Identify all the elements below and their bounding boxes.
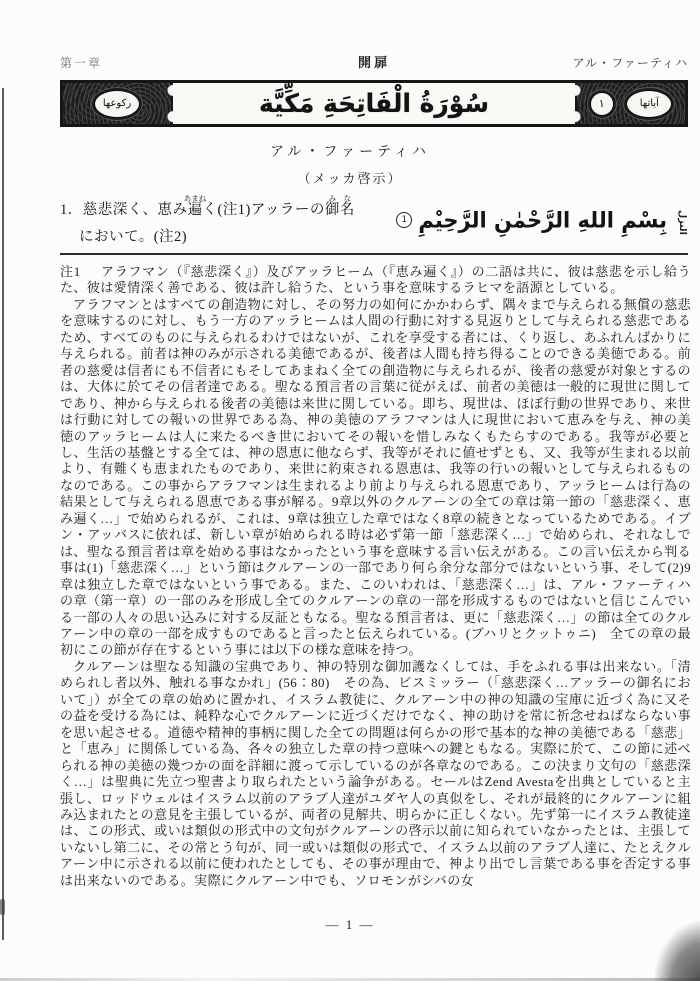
verse-text: く(注1)アッラーの (202, 202, 324, 218)
note-1-label: 注1 (60, 264, 81, 279)
verse-1-line-1: 1．慈悲深く、恵み遍あまねく(注1)アッラーの御名みな (60, 202, 355, 218)
scan-edge-line (2, 88, 4, 940)
ruby-amane: 遍あまね (187, 202, 202, 218)
sura-title-japanese: アル・ファーティハ (0, 141, 700, 161)
chapter-name-label: アル・ファーティハ (479, 54, 688, 71)
bismillah-row: 1 بِسْمِ اللهِ الرَّحْمٰنِ الرَّحِيْمِ (396, 208, 667, 232)
commentary-block: 注1アラフマン（『慈悲深く』）及びアッラヒーム（『恵み遍く』）の二語は共に、彼は… (60, 264, 691, 889)
ruby-mina: 御名みな (325, 202, 355, 218)
note-1-paragraph-3: クルアーンは聖なる知識の宝典であり、神の特別な御加護なくしては、手をふれる事は出… (60, 659, 691, 889)
scan-mark (0, 899, 5, 915)
sura-number-circle: ١ (590, 92, 614, 116)
ruby-reading: みな (325, 194, 355, 203)
chapter-title-label: 開扉 (269, 52, 478, 71)
note-1-text: アラフマン（『慈悲深く』）及びアッラヒーム（『恵み遍く』）の二語は共に、彼は慈悲… (60, 264, 691, 295)
running-header: 第一章 開扉 アル・ファーティハ (60, 52, 688, 71)
divider-rule (60, 253, 688, 255)
margin-juz-marker: النزل (677, 210, 688, 235)
ruby-reading: あまね (184, 194, 207, 203)
bismillah-arabic: بِسْمِ اللهِ الرَّحْمٰنِ الرَّحِيْمِ (418, 207, 667, 232)
ruku-medallion: ركوعها (94, 90, 140, 118)
note-1-paragraph: 注1アラフマン（『慈悲深く』）及びアッラヒーム（『恵み遍く』）の二語は共に、彼は… (60, 264, 691, 297)
scanned-page: 第一章 開扉 アル・ファーティハ ركوعها سُوْرَةُ الْفَات… (0, 0, 700, 981)
chapter-number-label: 第一章 (60, 54, 269, 71)
banner-center: سُوْرَةُ الْفَاتِحَةِ مَكِّيَّة (173, 83, 575, 124)
verse-number-circle: 1 (396, 212, 412, 228)
page-number: — 1 — (0, 917, 700, 933)
revelation-place-label: （メッカ啓示） (0, 168, 700, 187)
verse-text: 1．慈悲深く、恵み (60, 202, 187, 218)
ruby-base: 御名 (325, 202, 355, 218)
verse-1-arabic-block: 1 بِسْمِ اللهِ الرَّحْمٰنِ الرَّحِيْمِ ا… (396, 194, 688, 251)
note-1-paragraph-2: アラフマンとはすべての創造物に対し、その努力の如何にかかわらず、隅々まで与えられ… (60, 297, 691, 659)
verse-1-row: 1．慈悲深く、恵み遍あまねく(注1)アッラーの御名みな において。(注2) 1 … (60, 194, 688, 251)
verse-1-japanese: 1．慈悲深く、恵み遍あまねく(注1)アッラーの御名みな において。(注2) (60, 194, 390, 251)
ayat-medallion: آياتها (626, 90, 672, 118)
sura-title-block: アル・ファーティハ （メッカ啓示） (0, 141, 700, 187)
sura-arabic-calligraphy: سُوْرَةُ الْفَاتِحَةِ مَكِّيَّة (259, 89, 489, 119)
ornamental-banner: ركوعها سُوْرَةُ الْفَاتِحَةِ مَكِّيَّة ١… (60, 80, 688, 127)
verse-1-line-2: において。(注2) (60, 224, 390, 251)
banner-right-ornament: ١ آياتها (575, 83, 685, 124)
banner-left-ornament: ركوعها (63, 83, 173, 124)
